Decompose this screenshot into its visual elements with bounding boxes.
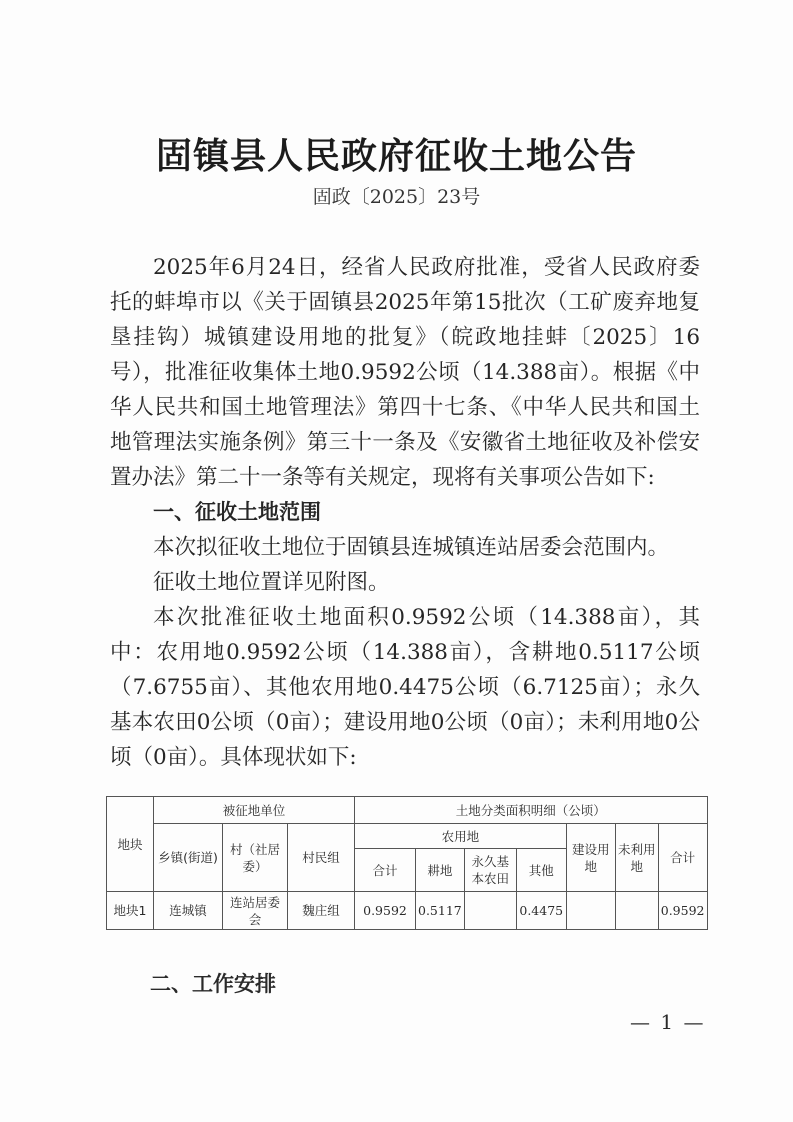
intro-paragraph: 2025年6月24日，经省人民政府批准，受省人民政府委托的蚌埠市以《关于固镇县2… <box>110 250 700 495</box>
table-row: 地块1 连城镇 连站居委会 魏庄组 0.9592 0.5117 0.4475 0… <box>107 892 708 930</box>
header-agri-group: 农用地 <box>355 824 567 849</box>
header-construction: 建设用地 <box>566 824 615 892</box>
header-unit-group: 被征地单位 <box>154 797 355 824</box>
header-area-group: 土地分类面积明细（公顷） <box>355 797 708 824</box>
cell-basic-farmland <box>464 892 516 930</box>
document-number: 固政〔2025〕23号 <box>0 182 793 209</box>
header-village: 村（社居委） <box>223 824 288 892</box>
cell-village: 连站居委会 <box>223 892 288 930</box>
cell-grand-total: 0.9592 <box>658 892 707 930</box>
header-agri-total: 合计 <box>355 849 416 892</box>
header-township: 乡镇(街道) <box>154 824 223 892</box>
header-grand-total: 合计 <box>658 824 707 892</box>
header-unused: 未利用地 <box>615 824 658 892</box>
section-1-paragraph-map: 征收土地位置详见附图。 <box>110 565 700 600</box>
header-villager-group: 村民组 <box>288 824 355 892</box>
body-section-intro: 2025年6月24日，经省人民政府批准，受省人民政府委托的蚌埠市以《关于固镇县2… <box>110 250 700 775</box>
cell-unused <box>615 892 658 930</box>
section-1-paragraph-area: 本次批准征收土地面积0.9592公顷（14.388亩），其中：农用地0.9592… <box>110 600 700 775</box>
header-other: 其他 <box>516 849 566 892</box>
cell-agri-total: 0.9592 <box>355 892 416 930</box>
document-page: 固镇县人民政府征收土地公告 固政〔2025〕23号 2025年6月24日，经省人… <box>0 0 793 1122</box>
cell-other: 0.4475 <box>516 892 566 930</box>
cell-plot: 地块1 <box>107 892 154 930</box>
cell-township: 连城镇 <box>154 892 223 930</box>
section-1-paragraph-location: 本次拟征收土地位于固镇县连城镇连站居委会范围内。 <box>110 530 700 565</box>
document-title: 固镇县人民政府征收土地公告 <box>0 128 793 179</box>
page-number: — 1 — <box>630 1010 705 1034</box>
section-2-heading: 二、工作安排 <box>150 968 276 998</box>
section-1-heading: 一、征收土地范围 <box>110 495 700 530</box>
header-plot: 地块 <box>107 797 154 892</box>
header-cultivated: 耕地 <box>416 849 465 892</box>
header-basic-farmland: 永久基本农田 <box>464 849 516 892</box>
cell-cultivated: 0.5117 <box>416 892 465 930</box>
cell-villager-group: 魏庄组 <box>288 892 355 930</box>
land-classification-table: 地块 被征地单位 土地分类面积明细（公顷） 乡镇(街道) 村（社居委） 村民组 … <box>106 796 708 930</box>
cell-construction <box>566 892 615 930</box>
